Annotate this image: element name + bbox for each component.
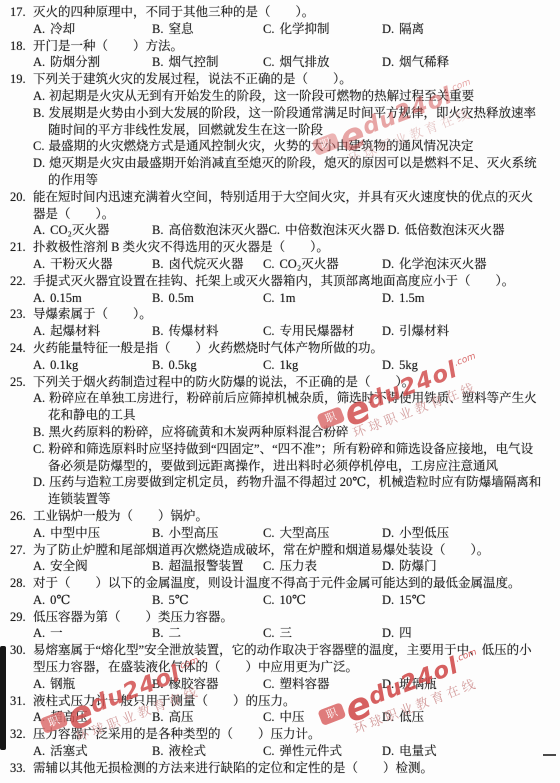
option-label: B. (152, 677, 163, 691)
question-stem-line: 29.低压容器为第（ ）类压力容器。 (0, 609, 544, 626)
option-text: 钢瓶 (50, 677, 75, 691)
option-label: C. (263, 677, 274, 691)
option-label: B. (152, 22, 163, 36)
option-text: 大型高压 (279, 526, 329, 540)
options-row: A.安全阀B.超温报警装置C.压力表D.防爆门 (0, 558, 544, 575)
question-number: 32. (10, 726, 26, 743)
options-row: A.钢瓶B.橡胶容器C.塑料容器D.玻璃瓶 (0, 676, 544, 693)
question-33: 33.需辅以其他无损检测的方法来进行缺陷的定位和定性的是（ ）检测。 (0, 760, 544, 777)
question-stem-line: 23.导爆索属于（ ）。 (0, 306, 544, 323)
option-text: 0.5m (168, 291, 193, 305)
option-label: A. (33, 257, 45, 271)
options-row: A.0.1kgB.0.5kgC.1kgD.5kg (0, 357, 544, 374)
option-D: D.熄灭期是火灾由最盛期开始消减直至熄灭的阶段，熄灭的原因可以是燃料不足、灭火系… (0, 155, 544, 189)
option-B: B.黑火药原料的粉碎，应将硫黄和木炭两种原料混合粉碎 (0, 424, 544, 441)
option-label: D. (387, 223, 399, 237)
option-D: D.1.5m (382, 290, 425, 307)
question-number: 17. (10, 4, 26, 21)
option-D: D.15℃ (382, 592, 426, 609)
option-text: 15℃ (399, 593, 425, 607)
question-stem: 需辅以其他无损检测的方法来进行缺陷的定位和定性的是（ ）检测。 (33, 761, 433, 775)
question-stem-line: 28.对于（ ）以下的金属温度，则设计温度不得高于元件金属可能达到的最低金属温度… (0, 575, 544, 592)
option-B: B.二 (152, 625, 263, 642)
option-text: 压药与造粒工房要做到定机定员，药物升温不得超过 20℃，机械造粒时应有防爆墙隔离… (48, 475, 541, 506)
option-label: C. (263, 744, 274, 758)
option-text: 四 (399, 626, 412, 640)
option-label: D. (382, 744, 394, 758)
option-label: C. (263, 626, 274, 640)
option-text: 隔离 (399, 22, 424, 36)
option-text: 化学泡沫灭火器 (399, 257, 487, 271)
option-text: 一 (50, 626, 63, 640)
question-stem-line: 22.手提式灭火器宜设置在挂钩、托架上或灭火器箱内，其顶部离地面高度应小于（ ）… (0, 273, 544, 290)
option-C: C.1kg (263, 357, 382, 374)
options-row: A.超高压B.高压C.中压D.低压 (0, 709, 544, 726)
question-stem: 为了防止炉膛和尾部烟道再次燃烧造成破坏，常在炉膛和烟道易爆处装设（ ）。 (33, 543, 489, 557)
option-text: 小型低压 (399, 526, 449, 540)
question-number: 19. (10, 71, 26, 88)
option-label: B. (152, 291, 163, 305)
question-stem: 易熔塞属于“熔化型”安全泄放装置，它的动作取决于容器壁的温度，主要用于中、低压的… (33, 643, 532, 674)
option-B: B.高倍数泡沫灭火器 (152, 222, 268, 239)
options-row: A.0℃B.5℃C.10℃D.15℃ (0, 592, 544, 609)
option-C: C.专用民爆器材 (263, 323, 382, 340)
option-text: 中型中压 (50, 526, 100, 540)
option-text: 低压 (399, 710, 424, 724)
option-text: 压力表 (279, 559, 317, 573)
option-label: C. (263, 358, 274, 372)
option-label: D. (382, 526, 394, 540)
option-text: 0.1kg (50, 358, 78, 372)
question-stem-line: 26.工业锅炉一般为（ ）锅炉。 (0, 508, 544, 525)
option-D: D.四 (382, 625, 412, 642)
question-30: 30.易熔塞属于“熔化型”安全泄放装置，它的动作取决于容器壁的温度，主要用于中、… (0, 642, 544, 692)
option-C: C.塑料容器 (263, 676, 382, 693)
question-17: 17.灭火的四种原理中，不同于其他三种的是（ ）。A.冷却B.窒息C.化学抑制D… (0, 4, 544, 38)
option-label: D. (382, 626, 394, 640)
option-B: B.发展期是火势由小到大发展的阶段，这一阶段通常满足时间平方规律，即火灾热释放速… (0, 105, 544, 139)
option-label: A. (33, 526, 45, 540)
option-D: D.烟气稀释 (382, 54, 449, 71)
option-C: C.中倍数泡沫灭火器 (268, 222, 387, 239)
option-text: 烟气排放 (279, 55, 329, 69)
option-text: 橡胶容器 (168, 677, 218, 691)
question-stem: 下列关于烟火药制造过程中的防火防爆的说法，不正确的是（ ）。 (33, 375, 414, 389)
option-B: B.橡胶容器 (152, 676, 263, 693)
option-A: A.粉碎应在单独工房进行，粉碎前后应筛掉机械杂质，筛选时不得使用铁质、塑料等产生… (0, 390, 544, 424)
option-text: 化学抑制 (279, 22, 329, 36)
option-label: C. (263, 526, 274, 540)
question-26: 26.工业锅炉一般为（ ）锅炉。A.中型中压B.小型高压C.大型高压D.小型低压 (0, 508, 544, 542)
option-label: A. (33, 559, 45, 573)
question-27: 27.为了防止炉膛和尾部烟道再次燃烧造成破坏，常在炉膛和烟道易爆处装设（ ）。A… (0, 542, 544, 576)
option-D: D.5kg (382, 357, 418, 374)
option-label: B. (152, 324, 163, 338)
option-A: A.0.1kg (33, 357, 152, 374)
option-A: A.超高压 (33, 709, 152, 726)
option-label: A. (33, 593, 45, 607)
option-label: C. (263, 55, 274, 69)
option-label: C. (263, 559, 274, 573)
option-text: 烟气稀释 (399, 55, 449, 69)
option-D: D.小型低压 (382, 525, 449, 542)
option-text: 熄灭期是火灾由最盛期开始消减直至熄灭的阶段，熄灭的原因可以是燃料不足、灭火系统的… (48, 156, 537, 187)
option-text: 防烟分割 (50, 55, 100, 69)
option-text: CO₂灭火器 (279, 257, 338, 271)
question-stem: 低压容器为第（ ）类压力容器。 (33, 610, 233, 624)
question-number: 29. (10, 609, 26, 626)
option-A: A.活塞式 (33, 743, 152, 760)
option-text: 0.15m (50, 291, 82, 305)
option-C: C.最盛期的火灾燃烧方式是通风控制火灾，火势的大小由建筑物的通风情况决定 (0, 138, 544, 155)
option-B: B.卤代烷灭火器 (152, 256, 263, 273)
option-text: 发展期是火势由小到大发展的阶段，这一阶段通常满足时间平方规律，即火灾热释放速率随… (48, 106, 536, 137)
option-A: A.CO₂灭火器 (33, 222, 152, 239)
question-list: 17.灭火的四种原理中，不同于其他三种的是（ ）。A.冷却B.窒息C.化学抑制D… (0, 0, 560, 777)
options-row: A.活塞式B.液栓式C.弹性元件式D.电量式 (0, 743, 544, 760)
option-text: 玻璃瓶 (399, 677, 437, 691)
option-label: D. (382, 257, 394, 271)
question-stem: 液柱式压力计一般只用于测量（ ）的压力。 (33, 694, 296, 708)
question-stem-line: 19.下列关于建筑火灾的发展过程，说法不正确的是（ ）。 (0, 71, 544, 88)
option-label: D. (382, 593, 394, 607)
option-text: 5℃ (168, 593, 188, 607)
question-stem: 扑救极性溶剂 B 类火灾不得选用的灭火器是（ ）。 (33, 240, 329, 254)
option-A: A.初起期是火灾从无到有开始发生的阶段，这一阶段可燃物的热解过程至关重要 (0, 88, 544, 105)
option-text: 超高压 (50, 710, 88, 724)
option-B: B.超温报警装置 (152, 558, 263, 575)
option-text: 10℃ (279, 593, 305, 607)
question-stem: 手提式灭火器宜设置在挂钩、托架上或灭火器箱内，其顶部离地面高度应小于（ ）。 (33, 274, 514, 288)
option-D: D.低倍数泡沫灭火器 (387, 222, 504, 239)
option-label: D. (382, 677, 394, 691)
option-A: A.安全阀 (33, 558, 152, 575)
option-text: 液栓式 (168, 744, 206, 758)
question-stem-line: 27.为了防止炉膛和尾部烟道再次燃烧造成破坏，常在炉膛和烟道易爆处装设（ ）。 (0, 542, 544, 559)
option-A: A.中型中压 (33, 525, 152, 542)
question-20: 20.能在短时间内迅速充满着火空间，特别适用于大空间火灾，并具有灭火速度快的优点… (0, 189, 544, 239)
option-text: 1.5m (399, 291, 424, 305)
question-number: 30. (10, 642, 26, 659)
option-label: B. (152, 710, 163, 724)
question-number: 20. (10, 189, 26, 206)
question-23: 23.导爆索属于（ ）。A.起爆材料B.传爆材料C.专用民爆器材D.引爆材料 (0, 306, 544, 340)
question-stem-line: 25.下列关于烟火药制造过程中的防火防爆的说法，不正确的是（ ）。 (0, 374, 544, 391)
option-label: C. (33, 139, 44, 153)
option-B: B.5℃ (152, 592, 263, 609)
option-text: 中倍数泡沫灭火器 (285, 223, 385, 237)
option-text: 粉碎应在单独工房进行，粉碎前后应筛掉机械杂质，筛选时不得使用铁质、塑料等产生火花… (48, 391, 537, 422)
option-text: 卤代烷灭火器 (168, 257, 243, 271)
question-19: 19.下列关于建筑火灾的发展过程，说法不正确的是（ ）。A.初起期是火灾从无到有… (0, 71, 544, 189)
option-D: D.化学泡沫灭火器 (382, 256, 487, 273)
scan-artifact-dash (543, 754, 556, 756)
option-label: B. (152, 526, 163, 540)
option-A: A.一 (33, 625, 152, 642)
option-label: A. (33, 710, 45, 724)
option-C: C.10℃ (263, 592, 382, 609)
option-text: 起爆材料 (50, 324, 100, 338)
option-text: 1kg (279, 358, 298, 372)
question-stem-line: 18.开门是一种（ ）方法。 (0, 38, 544, 55)
option-label: D. (382, 358, 394, 372)
option-text: 窒息 (168, 22, 193, 36)
option-A: A.冷却 (33, 21, 152, 38)
question-stem-line: 21.扑救极性溶剂 B 类火灾不得选用的灭火器是（ ）。 (0, 239, 544, 256)
question-number: 31. (10, 693, 26, 710)
question-31: 31.液柱式压力计一般只用于测量（ ）的压力。A.超高压B.高压C.中压D.低压 (0, 693, 544, 727)
option-C: C.三 (263, 625, 382, 642)
option-label: D. (382, 559, 394, 573)
question-number: 26. (10, 508, 26, 525)
question-number: 18. (10, 38, 26, 55)
question-24: 24.火药能量特征一般是指（ ）火药燃烧时气体产物所做的功。A.0.1kgB.0… (0, 340, 544, 374)
option-B: B.烟气控制 (152, 54, 263, 71)
option-text: 高压 (168, 710, 193, 724)
question-stem: 压力容器广泛采用的是各种类型的（ ）压力计。 (33, 727, 321, 741)
option-text: 传爆材料 (168, 324, 218, 338)
option-label: D. (382, 291, 394, 305)
option-label: D. (33, 156, 45, 170)
question-number: 33. (10, 760, 26, 777)
option-label: B. (152, 257, 163, 271)
question-18: 18.开门是一种（ ）方法。A.防烟分割B.烟气控制C.烟气排放D.烟气稀释 (0, 38, 544, 72)
option-label: A. (33, 358, 45, 372)
option-label: C. (268, 223, 279, 237)
options-row: A.防烟分割B.烟气控制C.烟气排放D.烟气稀释 (0, 54, 544, 71)
question-25: 25.下列关于烟火药制造过程中的防火防爆的说法，不正确的是（ ）。A.粉碎应在单… (0, 374, 544, 508)
option-label: C. (263, 257, 274, 271)
option-label: B. (152, 593, 163, 607)
option-C: C.CO₂灭火器 (263, 256, 382, 273)
option-label: A. (33, 744, 45, 758)
option-text: 二 (168, 626, 181, 640)
option-B: B.0.5m (152, 290, 263, 307)
option-text: 0.5kg (168, 358, 196, 372)
option-label: A. (33, 55, 45, 69)
option-D: D.电量式 (382, 743, 437, 760)
option-A: A.防烟分割 (33, 54, 152, 71)
question-stem: 火药能量特征一般是指（ ）火药燃烧时气体产物所做的功。 (33, 341, 383, 355)
option-label: D. (382, 710, 394, 724)
option-text: 专用民爆器材 (279, 324, 354, 338)
option-text: 0℃ (50, 593, 70, 607)
option-label: A. (33, 324, 45, 338)
option-C: C.烟气排放 (263, 54, 382, 71)
exam-paper-page: 17.灭火的四种原理中，不同于其他三种的是（ ）。A.冷却B.窒息C.化学抑制D… (0, 0, 560, 783)
question-stem: 工业锅炉一般为（ ）锅炉。 (33, 509, 208, 523)
option-label: A. (33, 391, 45, 405)
option-label: A. (33, 223, 45, 237)
option-label: B. (33, 425, 44, 439)
option-text: 初起期是火灾从无到有开始发生的阶段，这一阶段可燃物的热解过程至关重要 (49, 89, 474, 103)
question-number: 25. (10, 374, 26, 391)
options-row: A.冷却B.窒息C.化学抑制D.隔离 (0, 21, 544, 38)
question-stem-line: 20.能在短时间内迅速充满着火空间，特别适用于大空间火灾，并具有灭火速度快的优点… (0, 189, 544, 223)
option-label: D. (382, 324, 394, 338)
option-A: A.钢瓶 (33, 676, 152, 693)
question-number: 22. (10, 273, 26, 290)
option-label: B. (152, 626, 163, 640)
option-text: 塑料容器 (279, 677, 329, 691)
option-A: A.起爆材料 (33, 323, 152, 340)
option-C: C.粉碎和筛选原料时应坚持做到“四固定”、“四不准”；所有粉碎和筛选设备应接地，… (0, 441, 544, 475)
question-stem-line: 31.液柱式压力计一般只用于测量（ ）的压力。 (0, 693, 544, 710)
option-label: C. (263, 593, 274, 607)
question-stem: 导爆索属于（ ）。 (33, 307, 152, 321)
options-row: A.一B.二C.三D.四 (0, 625, 544, 642)
option-D: D.防爆门 (382, 558, 437, 575)
option-text: 低倍数泡沫灭火器 (405, 223, 505, 237)
option-C: C.1m (263, 290, 382, 307)
option-B: B.液栓式 (152, 743, 263, 760)
option-label: B. (152, 744, 163, 758)
option-label: A. (33, 22, 45, 36)
option-label: B. (152, 559, 163, 573)
option-D: D.玻璃瓶 (382, 676, 437, 693)
question-stem-line: 30.易熔塞属于“熔化型”安全泄放装置，它的动作取决于容器壁的温度，主要用于中、… (0, 642, 544, 676)
option-text: 5kg (399, 358, 418, 372)
option-label: B. (152, 55, 163, 69)
option-D: D.低压 (382, 709, 424, 726)
option-text: 冷却 (50, 22, 75, 36)
question-22: 22.手提式灭火器宜设置在挂钩、托架上或灭火器箱内，其顶部离地面高度应小于（ ）… (0, 273, 544, 307)
option-label: B. (152, 358, 163, 372)
option-label: D. (33, 475, 45, 489)
option-label: C. (263, 291, 274, 305)
question-stem-line: 32.压力容器广泛采用的是各种类型的（ ）压力计。 (0, 726, 544, 743)
question-stem-line: 33.需辅以其他无损检测的方法来进行缺陷的定位和定性的是（ ）检测。 (0, 760, 544, 777)
option-D: D.压药与造粒工房要做到定机定员，药物升温不得超过 20℃，机械造粒时应有防爆墙… (0, 474, 544, 508)
option-label: A. (33, 89, 45, 103)
question-stem-line: 24.火药能量特征一般是指（ ）火药燃烧时气体产物所做的功。 (0, 340, 544, 357)
question-number: 24. (10, 340, 26, 357)
option-D: D.引爆材料 (382, 323, 449, 340)
option-text: 黑火药原料的粉碎，应将硫黄和木炭两种原料混合粉碎 (48, 425, 348, 439)
option-A: A.0.15m (33, 290, 152, 307)
option-C: C.中压 (263, 709, 382, 726)
question-stem: 开门是一种（ ）方法。 (33, 39, 183, 53)
option-B: B.传爆材料 (152, 323, 263, 340)
option-text: 1m (279, 291, 295, 305)
question-number: 27. (10, 542, 26, 559)
question-number: 23. (10, 306, 26, 323)
option-text: 电量式 (399, 744, 437, 758)
question-stem: 灭火的四种原理中，不同于其他三种的是（ ）。 (33, 5, 314, 19)
option-text: 引爆材料 (399, 324, 449, 338)
option-text: 小型高压 (168, 526, 218, 540)
option-text: CO₂灭火器 (50, 223, 109, 237)
question-stem: 能在短时间内迅速充满着火空间，特别适用于大空间火灾，并具有灭火速度快的优点的灭火… (33, 190, 533, 221)
option-label: C. (33, 442, 44, 456)
option-label: C. (263, 710, 274, 724)
question-29: 29.低压容器为第（ ）类压力容器。A.一B.二C.三D.四 (0, 609, 544, 643)
options-row: A.0.15mB.0.5mC.1mD.1.5m (0, 290, 544, 307)
option-text: 最盛期的火灾燃烧方式是通风控制火灾，火势的大小由建筑物的通风情况决定 (48, 139, 473, 153)
option-text: 三 (279, 626, 292, 640)
option-text: 活塞式 (50, 744, 88, 758)
option-B: B.窒息 (152, 21, 263, 38)
option-label: C. (263, 324, 274, 338)
question-21: 21.扑救极性溶剂 B 类火灾不得选用的灭火器是（ ）。A.干粉灭火器B.卤代烷… (0, 239, 544, 273)
option-text: 干粉灭火器 (50, 257, 113, 271)
question-stem-line: 17.灭火的四种原理中，不同于其他三种的是（ ）。 (0, 4, 544, 21)
option-C: C.弹性元件式 (263, 743, 382, 760)
options-row: A.干粉灭火器B.卤代烷灭火器C.CO₂灭火器D.化学泡沫灭火器 (0, 256, 544, 273)
option-C: C.化学抑制 (263, 21, 382, 38)
option-label: A. (33, 291, 45, 305)
scan-artifact-left-strip (0, 646, 6, 750)
options-row: A.中型中压B.小型高压C.大型高压D.小型低压 (0, 525, 544, 542)
option-label: B. (33, 106, 44, 120)
question-number: 28. (10, 575, 26, 592)
option-label: A. (33, 626, 45, 640)
question-stem: 对于（ ）以下的金属温度，则设计温度不得高于元件金属可能达到的最低金属温度。 (33, 576, 521, 590)
question-number: 21. (10, 239, 26, 256)
option-A: A.干粉灭火器 (33, 256, 152, 273)
option-label: D. (382, 22, 394, 36)
option-label: B. (152, 223, 163, 237)
option-text: 防爆门 (399, 559, 437, 573)
option-label: D. (382, 55, 394, 69)
option-text: 超温报警装置 (168, 559, 243, 573)
option-C: C.大型高压 (263, 525, 382, 542)
option-D: D.隔离 (382, 21, 424, 38)
question-stem: 下列关于建筑火灾的发展过程，说法不正确的是（ ）。 (33, 72, 352, 86)
option-text: 安全阀 (50, 559, 88, 573)
option-B: B.小型高压 (152, 525, 263, 542)
option-B: B.0.5kg (152, 357, 263, 374)
option-text: 中压 (279, 710, 304, 724)
option-B: B.高压 (152, 709, 263, 726)
option-label: C. (263, 22, 274, 36)
question-28: 28.对于（ ）以下的金属温度，则设计温度不得高于元件金属可能达到的最低金属温度… (0, 575, 544, 609)
options-row: A.起爆材料B.传爆材料C.专用民爆器材D.引爆材料 (0, 323, 544, 340)
option-text: 弹性元件式 (279, 744, 342, 758)
question-32: 32.压力容器广泛采用的是各种类型的（ ）压力计。A.活塞式B.液栓式C.弹性元… (0, 726, 544, 760)
option-A: A.0℃ (33, 592, 152, 609)
option-text: 烟气控制 (168, 55, 218, 69)
option-C: C.压力表 (263, 558, 382, 575)
option-text: 粉碎和筛选原料时应坚持做到“四固定”、“四不准”；所有粉碎和筛选设备应接地，电气… (48, 442, 533, 473)
option-label: A. (33, 677, 45, 691)
options-row: A.CO₂灭火器B.高倍数泡沫灭火器C.中倍数泡沫灭火器D.低倍数泡沫灭火器 (0, 222, 544, 239)
option-text: 高倍数泡沫灭火器 (168, 223, 268, 237)
